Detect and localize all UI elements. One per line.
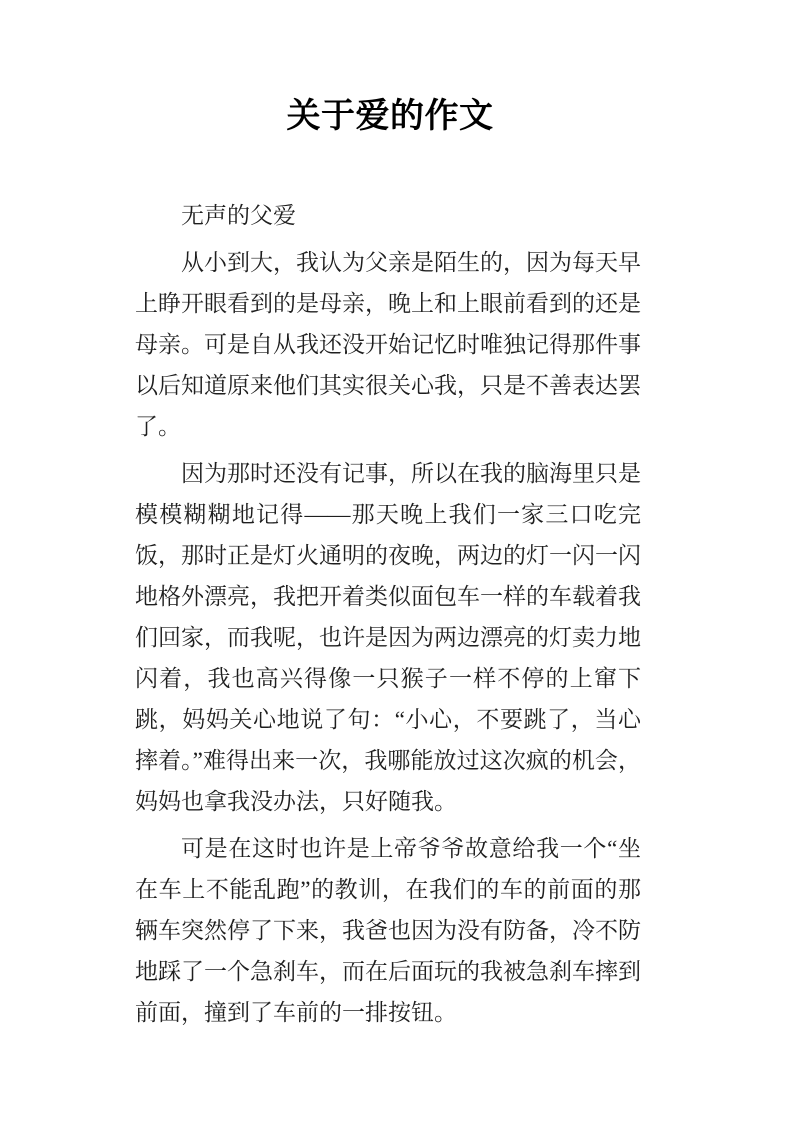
essay-paragraph-1: 从小到大，我认为父亲是陌生的，因为每天早上睁开眼看到的是母亲，晚上和上眼前看到的… xyxy=(135,242,641,447)
document-body: 无声的父爱 从小到大，我认为父亲是陌生的，因为每天早上睁开眼看到的是母亲，晚上和… xyxy=(135,195,641,1033)
essay-subtitle: 无声的父爱 xyxy=(135,195,641,236)
essay-paragraph-2: 因为那时还没有记事，所以在我的脑海里只是模模糊糊地记得——那天晚上我们一家三口吃… xyxy=(135,453,641,822)
essay-paragraph-3: 可是在这时也许是上帝爷爷故意给我一个“坐在车上不能乱跑”的教训，在我们的车的前面… xyxy=(135,828,641,1033)
document-title: 关于爱的作文 xyxy=(135,96,645,137)
document-page: 关于爱的作文 无声的父爱 从小到大，我认为父亲是陌生的，因为每天早上睁开眼看到的… xyxy=(0,0,800,1132)
